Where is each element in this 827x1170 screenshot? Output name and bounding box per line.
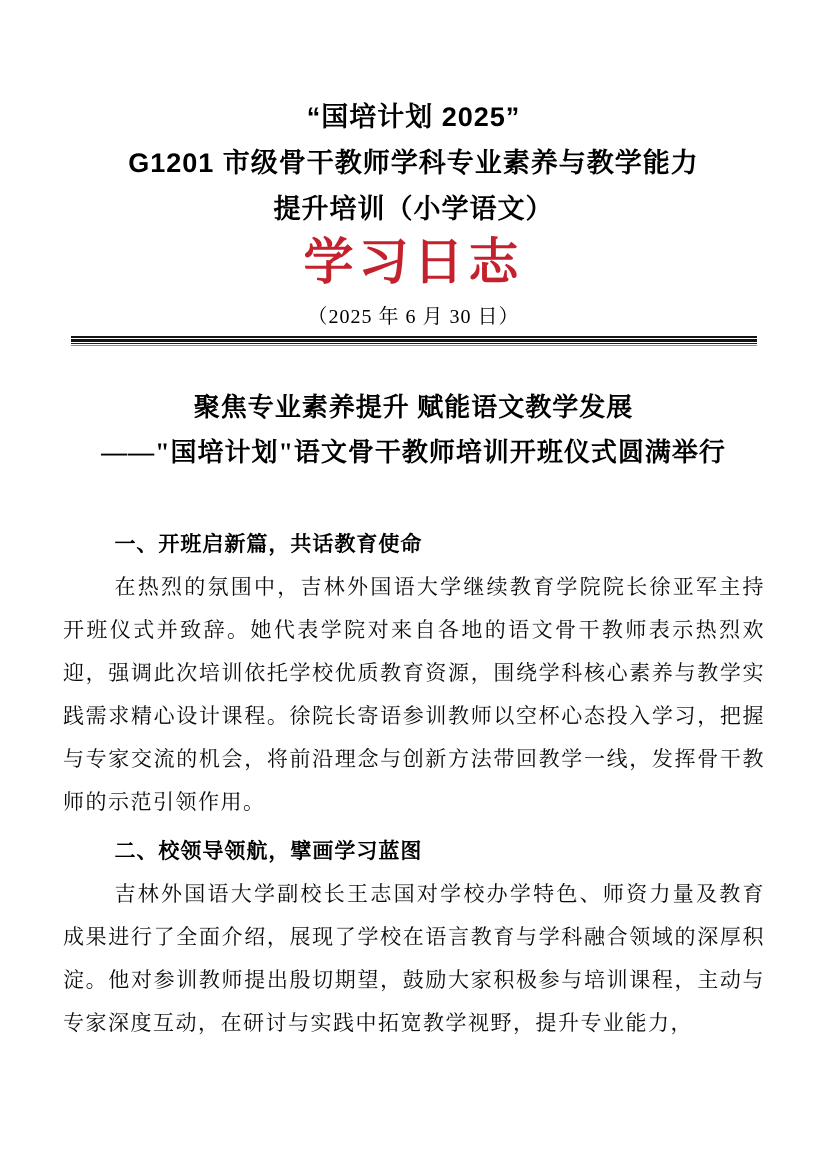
article-headline: 聚焦专业素养提升 赋能语文教学发展 ——"国培计划"语文骨干教师培训开班仪式圆满… [0, 385, 827, 475]
program-title-line-2: G1201 市级骨干教师学科专业素养与教学能力 [0, 140, 827, 186]
article-body: 一、开班启新篇，共话教育使命 在热烈的氛围中，吉林外国语大学继续教育学院院长徐亚… [0, 523, 827, 1045]
section-1-heading: 一、开班启新篇，共话教育使命 [63, 523, 765, 566]
article-headline-line-2: ——"国培计划"语文骨干教师培训开班仪式圆满举行 [0, 430, 827, 475]
section-2-paragraph: 吉林外国语大学副校长王志国对学校办学特色、师资力量及教育成果进行了全面介绍，展现… [63, 873, 765, 1045]
program-title-line-3: 提升培训（小学语文） [0, 186, 827, 232]
section-1-paragraph: 在热烈的氛围中，吉林外国语大学继续教育学院院长徐亚军主持开班仪式并致辞。她代表学… [63, 566, 765, 824]
section-2-heading: 二、校领导领航，擘画学习蓝图 [63, 830, 765, 873]
program-title: “国培计划 2025” G1201 市级骨干教师学科专业素养与教学能力 提升培训… [0, 94, 827, 232]
horizontal-rule [71, 336, 757, 347]
article-headline-line-1: 聚焦专业素养提升 赋能语文教学发展 [0, 385, 827, 430]
document-date: （2025 年 6 月 30 日） [0, 303, 827, 331]
document-title: 学习日志 [0, 234, 827, 291]
document-page: “国培计划 2025” G1201 市级骨干教师学科专业素养与教学能力 提升培训… [0, 0, 827, 1170]
program-title-line-1: “国培计划 2025” [0, 94, 827, 140]
